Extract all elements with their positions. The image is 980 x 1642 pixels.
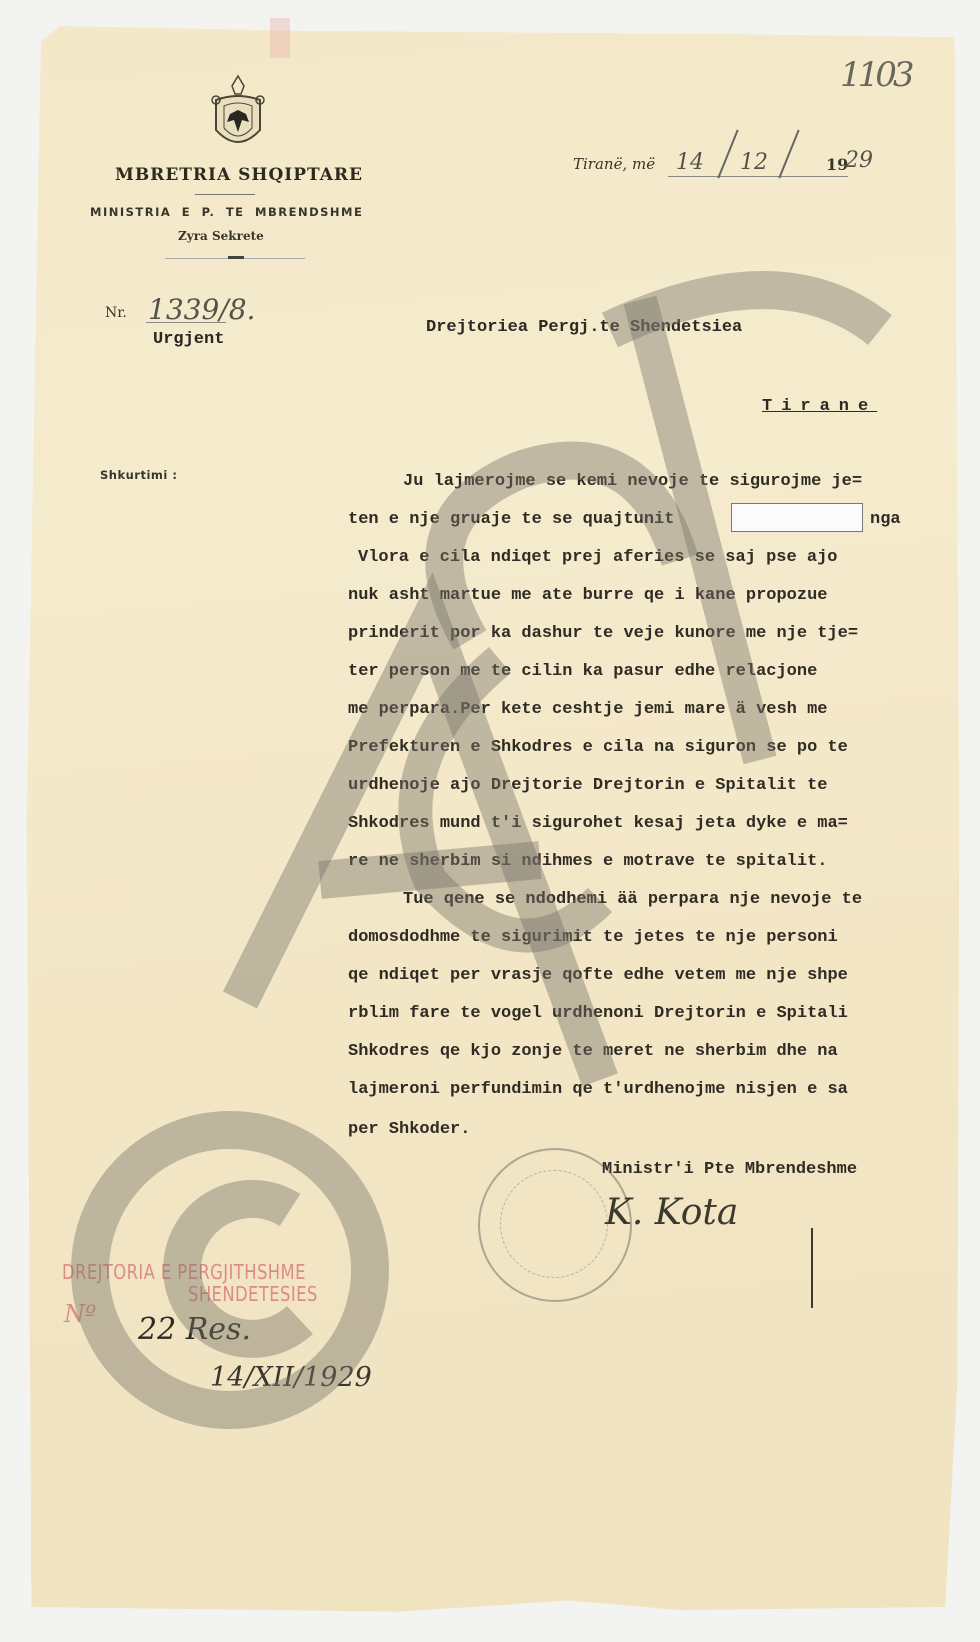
body-line: nuk asht martue me ate burre qe i kane p… [348, 586, 827, 605]
body-line: Shkodres mund t'i sigurohet kesaj jeta d… [348, 814, 848, 833]
redacted-name-box [731, 503, 863, 532]
reference-label: Nr. [105, 305, 127, 321]
body-line: Vlora e cila ndiqet prej aferies se saj … [358, 548, 837, 567]
date-underline [668, 176, 848, 177]
date-day: 14 [676, 150, 704, 175]
body-line: Tue qene se ndodhemi ää perpara nje nevo… [403, 890, 862, 909]
date-place-label: Tiranë, më [573, 155, 655, 173]
receipt-stamp-line2: SHENDETESIES [188, 1282, 318, 1306]
body-line: lajmeroni perfundimin qe t'urdhenojme ni… [348, 1080, 848, 1099]
body-line: urdhenoje ajo Drejtorie Drejtorin e Spit… [348, 776, 827, 795]
summary-label: Shkurtimi : [100, 468, 177, 482]
coat-of-arms-icon [208, 72, 268, 158]
priority-label: Urgjent [153, 330, 224, 349]
corner-annotation: 1103 [840, 55, 911, 95]
divider [228, 256, 244, 259]
date-month: 12 [740, 150, 768, 175]
body-line: ter person me te cilin ka pasur edhe rel… [348, 662, 817, 681]
date-year-suffix: 29 [845, 148, 873, 173]
kingdom-heading: MBRETRIA SHQIPTARE [115, 165, 363, 185]
recipient-city: Tirane [762, 397, 877, 416]
official-seal-inner-ring [500, 1170, 608, 1278]
body-line: me perpara.Per kete ceshtje jemi mare ä … [348, 700, 827, 719]
body-line: ten e nje gruaje te se quajtunit [348, 510, 674, 529]
signatory-title: Ministr'i Pte Mbrendeshme [602, 1160, 857, 1179]
body-line: qe ndiqet per vrasje qofte edhe vetem me… [348, 966, 848, 985]
reference-underline [146, 322, 226, 323]
ministry-heading: MINISTRIA E P. TE MBRENDSHME [90, 205, 363, 219]
body-line: re ne sherbim si ndihmes e motrave te sp… [348, 852, 827, 871]
receipt-stamp-line1: DREJTORIA E PERGJITHSHME [62, 1260, 306, 1284]
receipt-date: 14/XII/1929 [210, 1362, 372, 1393]
signature-flourish [811, 1228, 813, 1308]
body-line: prinderit por ka dashur te veje kunore m… [348, 624, 858, 643]
paper-crease-stain [270, 18, 290, 58]
receipt-stamp-number-label: Nº [64, 1300, 96, 1328]
recipient-name: Drejtoriea Pergj.te Shendetsiea [426, 318, 742, 337]
body-line: rblim fare te vogel urdhenoni Drejtorin … [348, 1004, 848, 1023]
body-line: nga [870, 510, 901, 529]
body-line: domosdodhme te sigurimit te jetes te nje… [348, 928, 838, 947]
registration-number: 22 Res. [138, 1312, 251, 1347]
divider [195, 194, 255, 195]
signature: K. Kota [605, 1192, 738, 1233]
office-heading: Zyra Sekrete [178, 229, 264, 243]
body-line: Ju lajmerojme se kemi nevoje te sigurojm… [403, 472, 862, 491]
body-line: per Shkoder. [348, 1120, 470, 1139]
body-line: Prefekturen e Shkodres e cila na siguron… [348, 738, 848, 757]
body-line: Shkodres qe kjo zonje te meret ne sherbi… [348, 1042, 838, 1061]
